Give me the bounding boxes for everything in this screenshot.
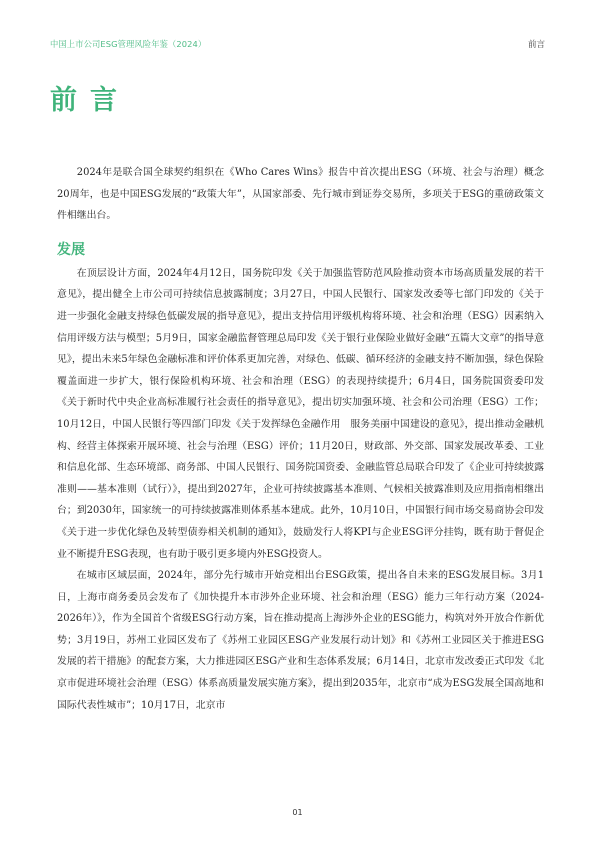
running-header: 中国上市公司ESG管理风险年鉴（2024） 前言 xyxy=(50,37,545,51)
page-number: 01 xyxy=(0,808,595,817)
paragraph-top-level-design: 在顶层设计方面，2024年4月12日，国务院印发《关于加强监管防范风险推动资本市… xyxy=(57,263,544,565)
intro-paragraph: 2024年是联合国全球契约组织在《Who Cares Wins》报告中首次提出E… xyxy=(57,162,544,227)
book-title: 中国上市公司ESG管理风险年鉴（2024） xyxy=(50,38,206,50)
paragraph-city-region: 在城市区域层面，2024年，部分先行城市开始竞相出台ESG政策，提出各自未来的E… xyxy=(57,565,544,716)
section-label: 前言 xyxy=(528,38,545,50)
document-body: 2024年是联合国全球契约组织在《Who Cares Wins》报告中首次提出E… xyxy=(57,162,544,716)
page-title: 前言 xyxy=(50,84,130,118)
section-heading-development: 发展 xyxy=(57,239,544,261)
